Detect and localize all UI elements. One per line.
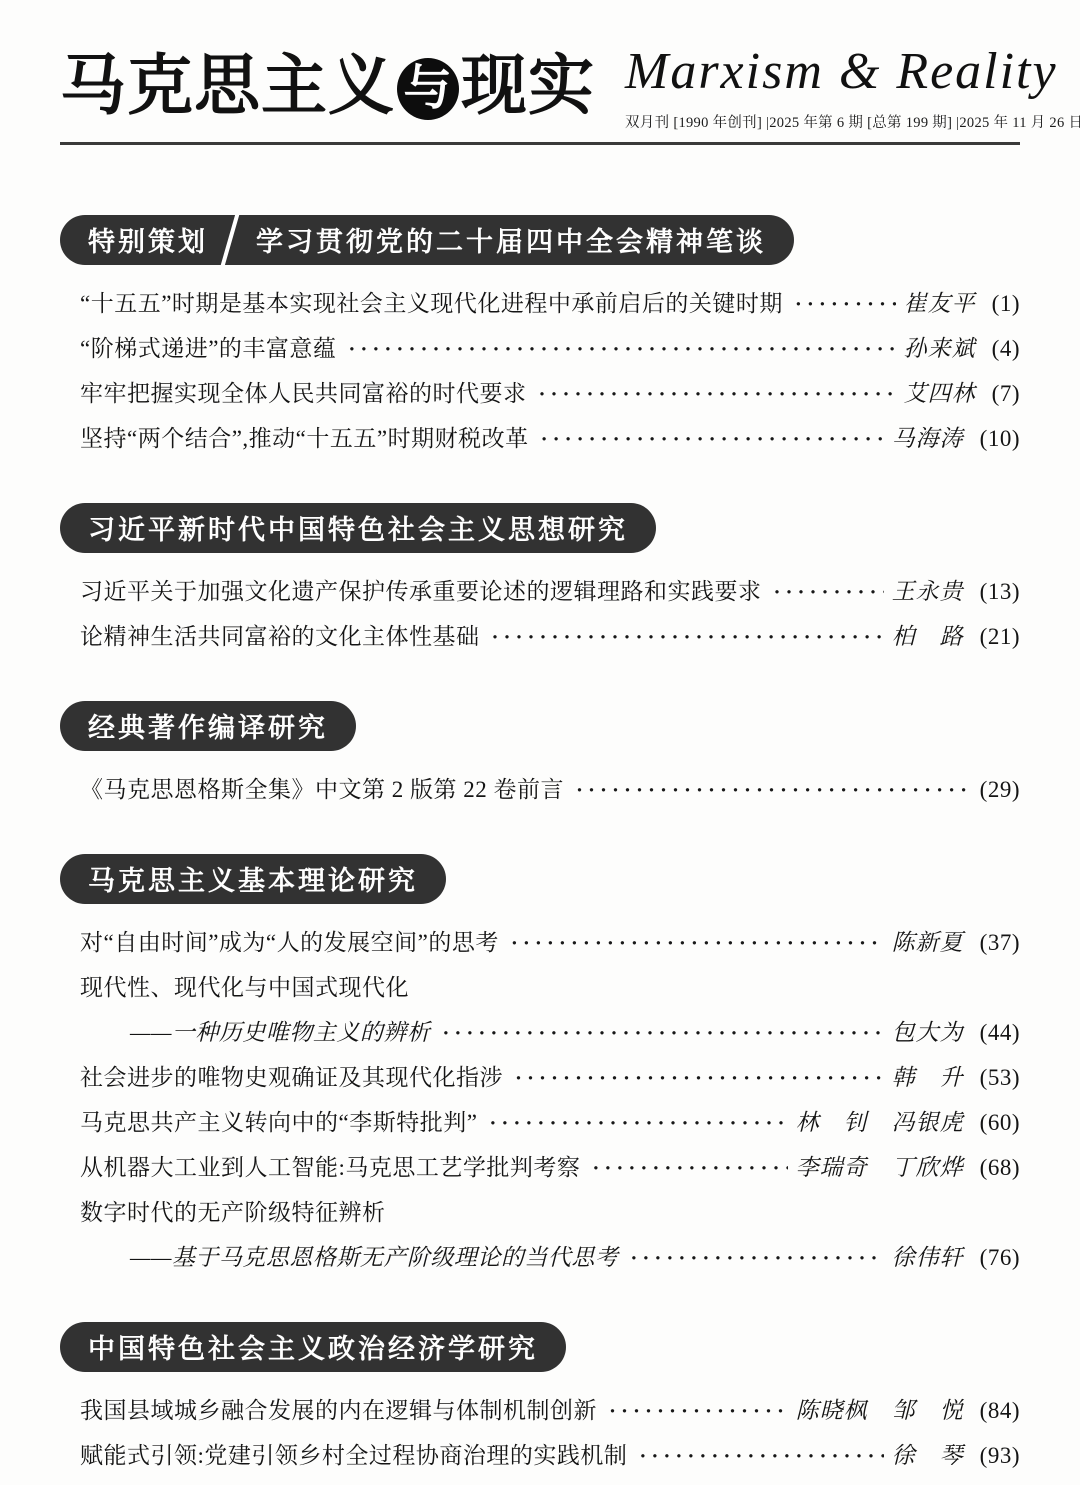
section-banner-title: 学习贯彻党的二十届四中全会精神笔谈 (256, 220, 766, 259)
toc-section: 经典著作编译研究 《马克思恩格斯全集》中文第 2 版第 22 卷前言 (29) (60, 701, 1020, 812)
entry-page-number: (1) (992, 281, 1020, 326)
toc-section: 特别策划 学习贯彻党的二十届四中全会精神笔谈 “十五五”时期是基本实现社会主义现… (60, 215, 1020, 461)
toc-entry: 现代性、现代化与中国式现代化 (80, 965, 1020, 1010)
entry-title: 从机器大工业到人工智能:马克思工艺学批判考察 (80, 1145, 580, 1190)
journal-toc-page: 马克思主义与现实 Marxism & Reality 双月刊 [1990 年创刊… (0, 0, 1080, 1485)
section-entries: “十五五”时期是基本实现社会主义现代化进程中承前启后的关键时期 崔友平 (1) … (60, 281, 1020, 461)
toc-entry: 我国县域城乡融合发展的内在逻辑与体制机制创新 陈晓枫 邹 悦 (84) (80, 1388, 1020, 1433)
entry-page-number: (21) (980, 614, 1020, 659)
entry-authors: 马海涛 (892, 416, 964, 461)
section-banner-title: 经典著作编译研究 (88, 706, 328, 745)
entry-authors: 王永贵 (892, 569, 964, 614)
toc-section: 中国特色社会主义政治经济学研究 我国县域城乡融合发展的内在逻辑与体制机制创新 陈… (60, 1322, 1020, 1478)
entry-authors: 陈晓枫 邹 悦 (796, 1388, 964, 1433)
toc-entry: 对“自由时间”成为“人的发展空间”的思考 陈新夏 (37) (80, 920, 1020, 965)
entry-page-number: (44) (980, 1010, 1020, 1055)
dot-leader (630, 1235, 883, 1280)
dot-leader (639, 1433, 883, 1478)
entry-title: ——一种历史唯物主义的辨析 (80, 1010, 430, 1055)
section-banner-title: 习近平新时代中国特色社会主义思想研究 (88, 508, 628, 547)
dot-leader (592, 1145, 787, 1190)
entry-page-number: (10) (980, 416, 1020, 461)
dot-leader (515, 1055, 884, 1100)
entry-title: “阶梯式递进”的丰富意蕴 (80, 326, 336, 371)
journal-title-chinese: 马克思主义与现实 (60, 42, 595, 132)
entry-page-number: (29) (980, 767, 1020, 812)
entry-page-number: (76) (980, 1235, 1020, 1280)
toc-entry: “阶梯式递进”的丰富意蕴 孙来斌 (4) (80, 326, 1020, 371)
section-banner: 习近平新时代中国特色社会主义思想研究 (60, 503, 656, 553)
entry-page-number: (53) (980, 1055, 1020, 1100)
toc-section: 马克思主义基本理论研究 对“自由时间”成为“人的发展空间”的思考 陈新夏 (37… (60, 854, 1020, 1280)
entry-authors: 徐伟轩 (892, 1235, 964, 1280)
section-entries: 我国县域城乡融合发展的内在逻辑与体制机制创新 陈晓枫 邹 悦 (84) 赋能式引… (60, 1388, 1020, 1478)
toc-entry: 数字时代的无产阶级特征辨析 (80, 1190, 1020, 1235)
entry-title: 现代性、现代化与中国式现代化 (80, 965, 409, 1010)
issue-info: 双月刊 [1990 年创刊] |2025 年第 6 期 [总第 199 期] |… (625, 111, 1080, 132)
entry-authors: 韩 升 (892, 1055, 964, 1100)
entry-authors: 李瑞奇 丁欣烨 (796, 1145, 964, 1190)
toc-entry: 习近平关于加强文化遗产保护传承重要论述的逻辑理路和实践要求 王永贵 (13) (80, 569, 1020, 614)
dot-leader (489, 1100, 787, 1145)
entry-title: “十五五”时期是基本实现社会主义现代化进程中承前启后的关键时期 (80, 281, 783, 326)
entry-authors: 徐 琴 (892, 1433, 964, 1478)
section-banner-title: 马克思主义基本理论研究 (88, 859, 418, 898)
section-banner-prefix: 特别策划 (88, 220, 208, 259)
entry-page-number: (13) (980, 569, 1020, 614)
entry-page-number: (60) (980, 1100, 1020, 1145)
entry-title: 我国县域城乡融合发展的内在逻辑与体制机制创新 (80, 1388, 597, 1433)
journal-title-chinese-pre: 马克思主义 (60, 46, 395, 129)
toc-entry: 坚持“两个结合”,推动“十五五”时期财税改革 马海涛 (10) (80, 416, 1020, 461)
entry-title: 论精神生活共同富裕的文化主体性基础 (80, 614, 480, 659)
journal-title-english: Marxism & Reality (625, 42, 1080, 102)
section-banner: 中国特色社会主义政治经济学研究 (60, 1322, 566, 1372)
entry-page-number: (4) (992, 326, 1020, 371)
entry-title: 数字时代的无产阶级特征辨析 (80, 1190, 386, 1235)
section-entries: 《马克思恩格斯全集》中文第 2 版第 22 卷前言 (29) (60, 767, 1020, 812)
entry-page-number: (68) (980, 1145, 1020, 1190)
dot-leader (609, 1388, 788, 1433)
journal-title-chinese-post: 现实 (461, 46, 595, 129)
banner-slash-divider (218, 215, 243, 265)
dot-leader (774, 569, 884, 614)
entry-authors: 林 钊 冯银虎 (796, 1100, 964, 1145)
entry-title: 坚持“两个结合”,推动“十五五”时期财税改革 (80, 416, 529, 461)
entry-page-number: (84) (980, 1388, 1020, 1433)
entry-authors: 艾四林 (904, 371, 976, 416)
toc-entry: 论精神生活共同富裕的文化主体性基础 柏 路 (21) (80, 614, 1020, 659)
header-rule (60, 142, 1020, 145)
dot-leader (576, 767, 972, 812)
entry-authors: 包大为 (892, 1010, 964, 1055)
section-banner-title: 中国特色社会主义政治经济学研究 (88, 1327, 538, 1366)
entry-authors: 孙来斌 (904, 326, 976, 371)
dot-leader (511, 920, 884, 965)
entry-title: 习近平关于加强文化遗产保护传承重要论述的逻辑理路和实践要求 (80, 569, 762, 614)
dot-leader (442, 1010, 883, 1055)
toc-section: 习近平新时代中国特色社会主义思想研究 习近平关于加强文化遗产保护传承重要论述的逻… (60, 503, 1020, 659)
toc-entry: 赋能式引领:党建引领乡村全过程协商治理的实践机制 徐 琴 (93) (80, 1433, 1020, 1478)
toc-entry: 从机器大工业到人工智能:马克思工艺学批判考察 李瑞奇 丁欣烨 (68) (80, 1145, 1020, 1190)
entry-title: 对“自由时间”成为“人的发展空间”的思考 (80, 920, 499, 965)
toc-entry: ——基于马克思恩格斯无产阶级理论的当代思考 徐伟轩 (76) (80, 1235, 1020, 1280)
section-entries: 对“自由时间”成为“人的发展空间”的思考 陈新夏 (37) 现代性、现代化与中国… (60, 920, 1020, 1280)
journal-masthead: 马克思主义与现实 Marxism & Reality 双月刊 [1990 年创刊… (60, 42, 1020, 132)
dot-leader (539, 371, 896, 416)
journal-header: 马克思主义与现实 Marxism & Reality 双月刊 [1990 年创刊… (60, 42, 1020, 145)
entry-page-number: (93) (980, 1433, 1020, 1478)
entry-authors: 崔友平 (904, 281, 976, 326)
entry-title: 赋能式引领:党建引领乡村全过程协商治理的实践机制 (80, 1433, 627, 1478)
entry-authors: 陈新夏 (892, 920, 964, 965)
entry-title: 《马克思恩格斯全集》中文第 2 版第 22 卷前言 (80, 767, 564, 812)
conjunction-badge: 与 (397, 58, 459, 120)
journal-title-english-block: Marxism & Reality 双月刊 [1990 年创刊] |2025 年… (625, 42, 1080, 132)
toc-entry: 社会进步的唯物史观确证及其现代化指涉 韩 升 (53) (80, 1055, 1020, 1100)
dot-leader (795, 281, 896, 326)
entry-page-number: (37) (980, 920, 1020, 965)
dot-leader (348, 326, 895, 371)
section-banner: 马克思主义基本理论研究 (60, 854, 446, 904)
toc-entry: “十五五”时期是基本实现社会主义现代化进程中承前启后的关键时期 崔友平 (1) (80, 281, 1020, 326)
table-of-contents: 特别策划 学习贯彻党的二十届四中全会精神笔谈 “十五五”时期是基本实现社会主义现… (60, 215, 1020, 1478)
section-banner: 特别策划 学习贯彻党的二十届四中全会精神笔谈 (60, 215, 794, 265)
entry-page-number: (7) (992, 371, 1020, 416)
entry-title: ——基于马克思恩格斯无产阶级理论的当代思考 (80, 1235, 618, 1280)
entry-title: 社会进步的唯物史观确证及其现代化指涉 (80, 1055, 503, 1100)
toc-entry: 《马克思恩格斯全集》中文第 2 版第 22 卷前言 (29) (80, 767, 1020, 812)
section-banner: 经典著作编译研究 (60, 701, 356, 751)
dot-leader (541, 416, 884, 461)
toc-entry: ——一种历史唯物主义的辨析 包大为 (44) (80, 1010, 1020, 1055)
entry-title: 牢牢把握实现全体人民共同富裕的时代要求 (80, 371, 527, 416)
toc-entry: 牢牢把握实现全体人民共同富裕的时代要求 艾四林 (7) (80, 371, 1020, 416)
entry-authors: 柏 路 (892, 614, 964, 659)
toc-entry: 马克思共产主义转向中的“李斯特批判” 林 钊 冯银虎 (60) (80, 1100, 1020, 1145)
section-entries: 习近平关于加强文化遗产保护传承重要论述的逻辑理路和实践要求 王永贵 (13) 论… (60, 569, 1020, 659)
dot-leader (492, 614, 884, 659)
entry-title: 马克思共产主义转向中的“李斯特批判” (80, 1100, 477, 1145)
